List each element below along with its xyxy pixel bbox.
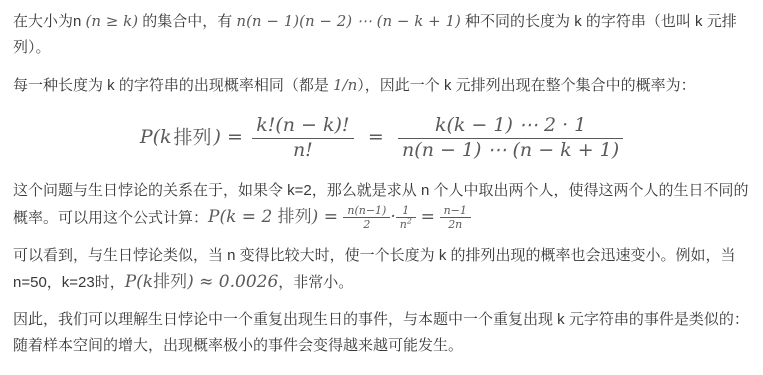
formula-lhs: P(k [140, 126, 172, 148]
fraction-denominator: 2n [440, 217, 471, 232]
text-run: 每一种长度为 k 的字符串的出现概率相同（都是 [13, 77, 333, 94]
fraction-denominator: n2 [396, 217, 416, 232]
fraction-numerator: k(k − 1) ⋯ 2 · 1 [398, 114, 623, 138]
fraction-denominator: n! [252, 138, 353, 163]
inline-math-k2-formula: P(k = 2 排列) = n(n−1)2·1n2 = n−12n [208, 207, 471, 226]
fraction-numerator: k!(n − k)! [252, 114, 353, 138]
inline-math-falling-factorial: n(n − 1)(n − 2) ⋯ (n − k + 1) [236, 12, 460, 30]
fraction-numerator: 1 [396, 204, 416, 218]
paragraph-uniform-probability: 每一种长度为 k 的字符串的出现概率相同（都是 1/n），因此一个 k 元排列出… [13, 72, 750, 99]
text-run: ，非常小。 [278, 274, 353, 291]
math-lhs: P(k [125, 272, 153, 292]
text-run: 的集合中，有 [138, 13, 236, 30]
fraction-factorials: k!(n − k)!n! [250, 114, 355, 163]
math-approx-value: ) ≈ 0.0026 [187, 272, 278, 292]
text-run: 可以看到，与生日悖论类似，当 n 变得比较大时，使一个长度为 k 的排列出现的概… [13, 247, 736, 291]
fraction-denominator: 2 [343, 217, 390, 232]
paragraph-conclusion: 因此，我们可以理解生日悖论中一个重复出现生日的事件，与本题中一个重复出现 k 元… [13, 307, 750, 359]
math-lhs-cjk: 排列 [153, 272, 187, 291]
equals-sign: = [421, 207, 435, 227]
paragraph-birthday-paradox-relation: 这个问题与生日悖论的关系在于，如果令 k=2，那么就是求从 n 个人中取出两个人… [13, 178, 750, 233]
equals-sign: = [368, 126, 384, 148]
fraction-numerator: n−1 [440, 204, 471, 218]
fraction-n-n-minus-1-over-2: n(n−1)2 [343, 204, 390, 233]
math-lhs: P(k = 2 [208, 207, 278, 227]
math-lhs-close: ) = [312, 207, 344, 227]
formula-lhs-close: ) = [214, 126, 243, 148]
math-lhs-cjk: 排列 [278, 207, 312, 226]
text-run: 在大小为n [13, 13, 86, 30]
paragraph-permutation-count: 在大小为n (n ≥ k) 的集合中，有 n(n − 1)(n − 2) ⋯ (… [13, 8, 750, 61]
text-run: ），因此一个 k 元排列出现在整个集合中的概率为： [357, 77, 695, 94]
display-formula-k-permutation-probability: P(k排列) = k!(n − k)!n! = k(k − 1) ⋯ 2 · 1… [13, 114, 750, 163]
fraction-numerator: n(n−1) [343, 204, 390, 218]
paragraph-small-probability-example: 可以看到，与生日悖论类似，当 n 变得比较大时，使一个长度为 k 的排列出现的概… [13, 243, 750, 296]
article: 在大小为n (n ≥ k) 的集合中，有 n(n − 1)(n − 2) ⋯ (… [0, 0, 763, 359]
fraction-expanded: k(k − 1) ⋯ 2 · 1n(n − 1) ⋯ (n − k + 1) [396, 114, 625, 163]
text-run: 因此，我们可以理解生日悖论中一个重复出现生日的事件，与本题中一个重复出现 k 元… [13, 311, 749, 354]
den-base: n [400, 218, 407, 231]
inline-math-n-ge-k: (n ≥ k) [86, 12, 139, 30]
fraction-denominator: n(n − 1) ⋯ (n − k + 1) [398, 138, 623, 163]
document: { "doc": { "colors": { "background": "#f… [0, 0, 763, 375]
den-exponent: 2 [407, 217, 412, 226]
fraction-n-minus-1-over-2n: n−12n [440, 204, 471, 233]
inline-math-approx-0026: P(k排列) ≈ 0.0026 [125, 272, 279, 291]
formula-lhs-cjk: 排列 [174, 127, 212, 148]
fraction-one-over-n-squared: 1n2 [396, 204, 416, 233]
inline-math-one-over-n: 1/n [333, 76, 357, 94]
